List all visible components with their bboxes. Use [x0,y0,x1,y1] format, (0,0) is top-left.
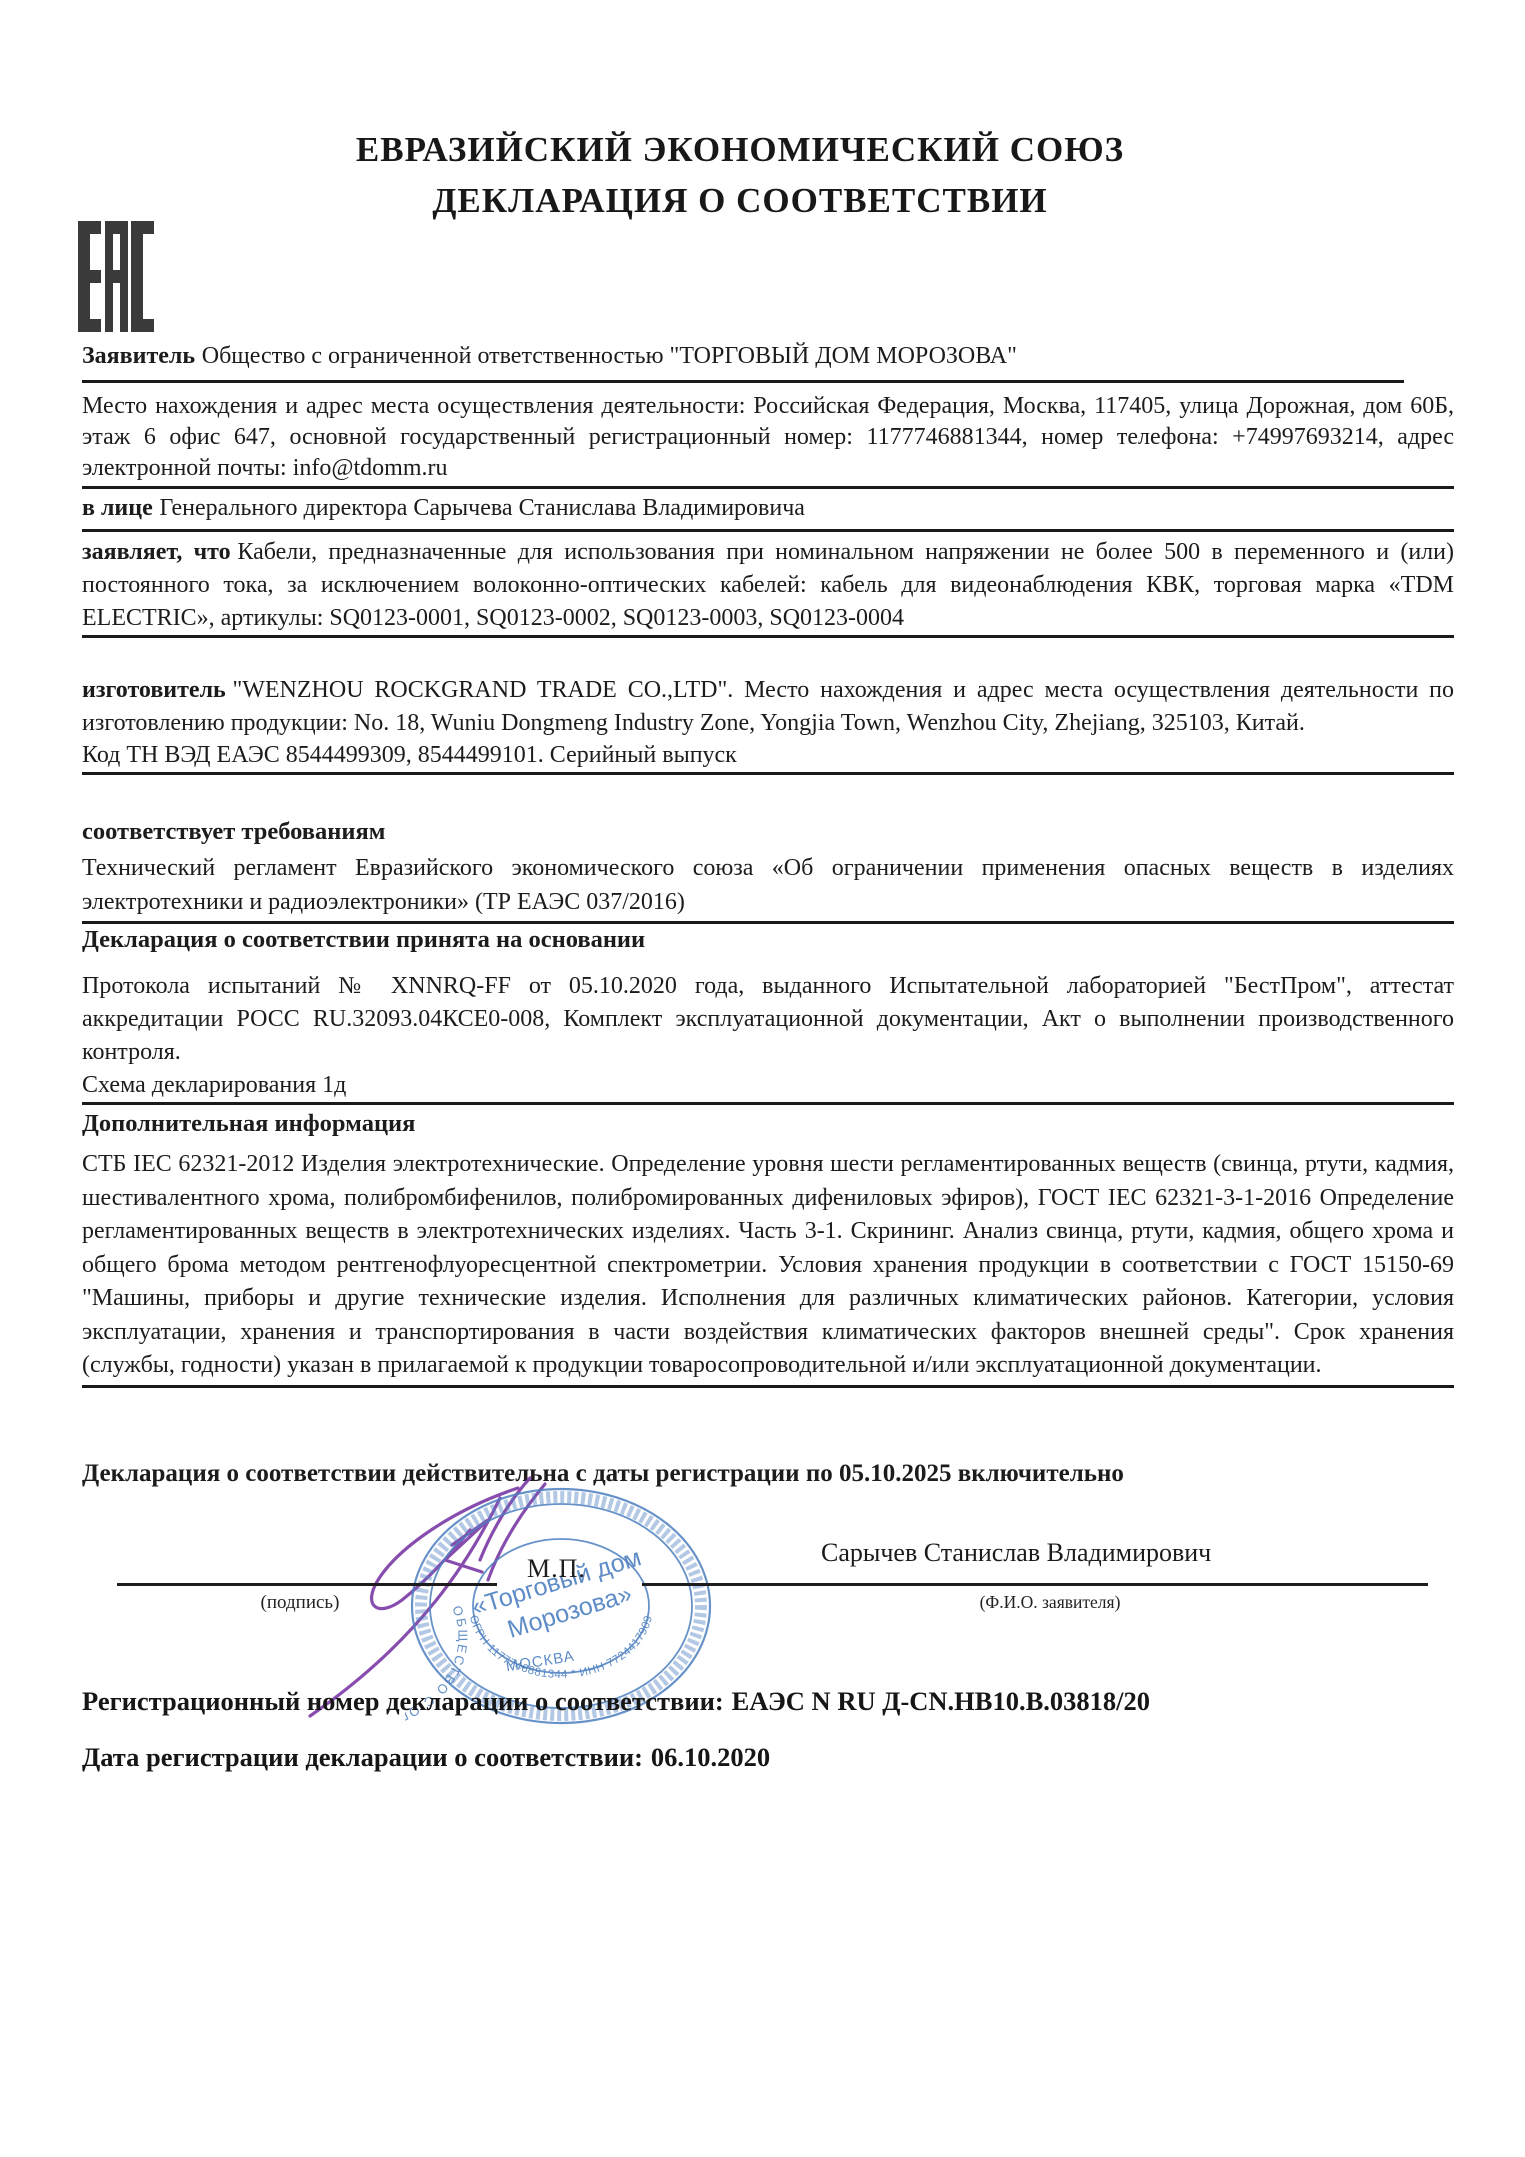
applicant-section: ЗаявительОбщество с ограниченной ответст… [82,342,1404,383]
basis-text: Протокола испытаний № XNNRQ-FF от 05.10.… [82,970,1454,1069]
eac-logo [78,221,154,337]
applicant-label: Заявитель [82,343,202,369]
registration-number-line: Регистрационный номер декларации о соотв… [82,1686,1482,1717]
signatory-name: Сарычев Станислав Владимирович [821,1538,1211,1568]
person-section: в лицеГенерального директора Сарычева Ст… [82,494,1454,532]
declares-label: заявляет, что [82,539,237,565]
basis-label: Декларация о соответствии принята на осн… [82,926,1454,954]
additional-info-section: СТБ IEC 62321-2012 Изделия электротехнич… [82,1148,1454,1388]
registration-date-line: Дата регистрации декларации о соответств… [82,1742,1482,1773]
additional-info-text: СТБ IEC 62321-2012 Изделия электротехнич… [82,1148,1454,1383]
complies-label: соответствует требованиям [82,818,1454,846]
manufacturer-text: "WENZHOU ROCKGRAND TRADE CO.,LTD". Место… [82,677,1454,736]
tnved-line: Код ТН ВЭД ЕАЭС 8544499309, 8544499101. … [82,739,1454,772]
person-label: в лице [82,495,159,521]
registration-number-value: ЕАЭС N RU Д-CN.НВ10.В.03818/20 [724,1686,1150,1716]
signatory-name-caption: (Ф.И.О. заявителя) [960,1592,1140,1613]
additional-info-label: Дополнительная информация [82,1110,1454,1138]
declares-text: Кабели, предназначенные для использовани… [82,539,1454,631]
signature-line [117,1583,497,1586]
stamp-place-mark: М.П. [527,1554,586,1584]
basis-section: Протокола испытаний № XNNRQ-FF от 05.10.… [82,970,1454,1105]
person-value: Генерального директора Сарычева Станисла… [159,495,805,521]
scheme-line: Схема декларирования 1д [82,1069,1454,1102]
registration-number-label: Регистрационный номер декларации о соотв… [82,1686,724,1716]
applicant-value: Общество с ограниченной ответственностью… [202,343,1017,369]
eac-mark-icon [78,221,154,332]
registration-date-value: 06.10.2020 [643,1742,770,1772]
registration-date-label: Дата регистрации декларации о соответств… [82,1742,643,1772]
document-title: ЕВРАЗИЙСКИЙ ЭКОНОМИЧЕСКИЙ СОЮЗ ДЕКЛАРАЦИ… [80,124,1400,226]
manufacturer-section: изготовитель"WENZHOU ROCKGRAND TRADE CO.… [82,674,1454,775]
signature-caption: (подпись) [225,1592,375,1614]
address-text: Место нахождения и адрес места осуществл… [82,391,1454,484]
title-line-2: ДЕКЛАРАЦИЯ О СООТВЕТСТВИИ [80,175,1400,226]
regulation-section: Технический регламент Евразийского эконо… [82,852,1454,924]
name-line [642,1583,1428,1586]
title-line-1: ЕВРАЗИЙСКИЙ ЭКОНОМИЧЕСКИЙ СОЮЗ [80,124,1400,175]
declares-section: заявляет, чтоКабели, предназначенные для… [82,536,1454,638]
declaration-document: ЕВРАЗИЙСКИЙ ЭКОНОМИЧЕСКИЙ СОЮЗ ДЕКЛАРАЦИ… [0,0,1525,2157]
manufacturer-label: изготовитель [82,677,232,703]
regulation-text: Технический регламент Евразийского эконо… [82,852,1454,919]
address-section: Место нахождения и адрес места осуществл… [82,391,1454,489]
